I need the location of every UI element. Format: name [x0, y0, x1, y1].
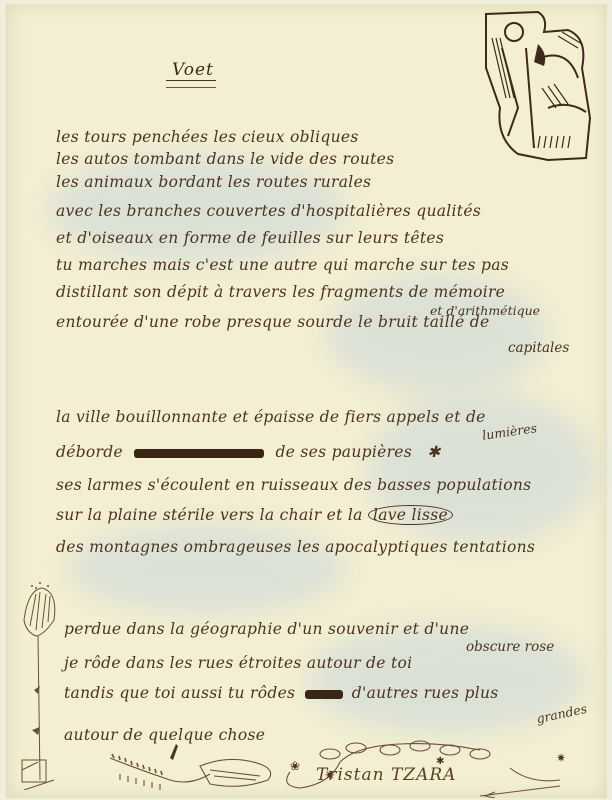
- poem-line: les tours penchées les cieux obliques: [56, 128, 359, 146]
- title-underline: [166, 80, 216, 88]
- poem-fragment: tandis que toi aussi tu rôdes: [64, 684, 295, 702]
- poem-line: les animaux bordant les routes rurales: [56, 173, 371, 191]
- poem-line: les autos tombant dans le vide des route…: [56, 150, 394, 168]
- poem-line: je rôde dans les rues étroites autour de…: [64, 654, 412, 672]
- flower-icon: ❀: [290, 759, 300, 773]
- poem-line: entourée d'une robe presque sourde le br…: [56, 313, 489, 331]
- poem-line: tandis que toi aussi tu rôdes d'autres r…: [64, 684, 499, 702]
- signature: Tristan TZARA: [316, 765, 456, 785]
- poem-fragment: sur la plaine stérile vers la chair et l…: [56, 506, 363, 524]
- cubist-sketch-icon: [478, 8, 598, 168]
- poem-line: tu marches mais c'est une autre qui marc…: [56, 256, 509, 274]
- poem-line: avec les branches couvertes d'hospitaliè…: [56, 202, 481, 220]
- poem-title: Voet: [172, 60, 214, 80]
- poem-line: la ville bouillonnante et épaisse de fie…: [56, 408, 486, 426]
- struck-out-word: [134, 449, 264, 458]
- flower-drawing-icon: [14, 580, 64, 790]
- poem-line: et d'oiseaux en forme de feuilles sur le…: [56, 229, 444, 247]
- struck-out-word: [305, 690, 343, 699]
- poem-fragment: déborde: [56, 443, 123, 461]
- poem-line: perdue dans la géographie d'un souvenir …: [64, 620, 469, 638]
- poem-fragment: de ses paupières: [275, 443, 412, 461]
- star-blot-icon: ✱: [427, 443, 440, 461]
- poem-line: ses larmes s'écoulent en ruisseaux des b…: [56, 476, 531, 494]
- inserted-text: capitales: [508, 340, 569, 356]
- poem-line: distillant son dépit à travers les fragm…: [56, 283, 505, 301]
- poem-fragment: d'autres rues plus: [352, 684, 499, 702]
- inserted-text: obscure rose: [466, 639, 554, 655]
- poem-line: déborde de ses paupières ✱: [56, 443, 441, 461]
- star-icon: ✷: [556, 751, 566, 765]
- poem-line: sur la plaine stérile vers la chair et l…: [56, 506, 453, 524]
- poem-line: des montagnes ombrageuses les apocalypti…: [56, 538, 535, 556]
- circled-words: lave lisse: [368, 505, 453, 525]
